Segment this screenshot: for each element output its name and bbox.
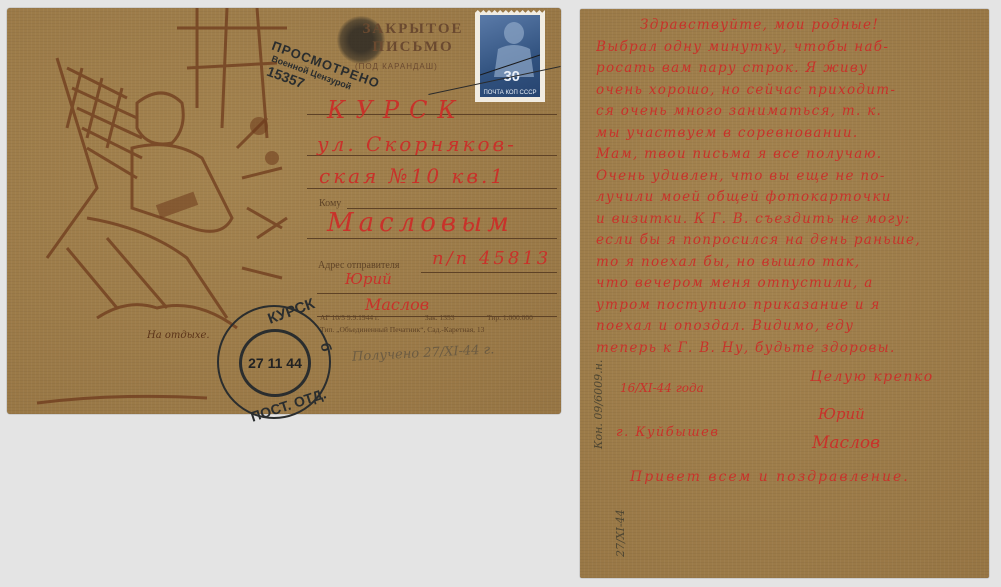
- letter-line: мы участвуем в соревновании.: [596, 125, 979, 141]
- letter-line: Выбрал одну минутку, чтобы наб-: [596, 39, 979, 55]
- sender-name-2: Маслов: [365, 295, 429, 314]
- postmark-letter: б: [318, 341, 335, 352]
- letter-line: Очень удивлен, что вы еще не по-: [596, 168, 979, 184]
- postmark-date: 27 11 44: [248, 355, 302, 371]
- form-title-line1: ЗАКРЫТОЕ: [353, 20, 473, 38]
- recipient-name: Масловым: [327, 208, 514, 238]
- letter-line: утром поступило приказание и я: [596, 297, 979, 313]
- address-line-3: [307, 188, 557, 189]
- postmark-date-ring: 27 11 44: [239, 329, 311, 397]
- sender-address: п/п 45813: [432, 248, 551, 269]
- letter-line: Мам, твои письма я все получаю.: [596, 146, 979, 162]
- postage-stamp: 30 ПОЧТА КОП СССР: [475, 10, 545, 102]
- address-city: КУРСК: [327, 96, 466, 124]
- address-street-1: ул. Скорняков-: [317, 132, 517, 156]
- imprint-line-2: Тип. „Объединенный Печатник“, Сад.-Карет…: [320, 325, 484, 334]
- postmark: КУРСК 27 11 44 б ПОСТ. ОТД.: [217, 305, 331, 419]
- letter-closing: Целую крепко: [810, 369, 934, 385]
- form-subtitle: (ПОД КАРАНДАШ): [355, 62, 438, 71]
- signature-last-name: Маслов: [812, 433, 880, 453]
- stamp-text: ПОЧТА КОП СССР: [482, 90, 538, 96]
- form-title: ЗАКРЫТОЕ ПИСЬМО: [353, 20, 473, 56]
- postcard-back: Здравствуйте, мои родные!Выбрал одну мин…: [580, 9, 989, 578]
- imprint-run: Тир. 1.000.000: [487, 313, 533, 322]
- letter-line: если бы я попросился на день раньше,: [596, 232, 979, 248]
- letter-postscript: Привет всем и поздравление.: [630, 469, 910, 485]
- pencil-side-note-2: 27/XI-44: [614, 509, 627, 557]
- sender-name-1: Юрий: [345, 270, 392, 288]
- stamp-pilot-image: 30 ПОЧТА КОП СССР: [480, 15, 540, 97]
- letter-date: 16/XI-44 года: [620, 381, 704, 395]
- imprint-line-1: АГ 10/5 9.9.1944 г.: [320, 313, 379, 322]
- letter-line: ся очень много заниматься, т. к.: [596, 103, 979, 119]
- recipient-line: [307, 238, 557, 239]
- illustration-caption: На отдыхе.: [147, 330, 210, 341]
- letter-line: поехал и опоздал. Видимо, еду: [596, 318, 979, 334]
- sender-line-1: [421, 272, 557, 273]
- form-title-line2: ПИСЬМО: [353, 38, 473, 56]
- letter-line: Здравствуйте, мои родные!: [640, 17, 979, 33]
- pencil-side-note-1: Кон. 09/6009.н.: [592, 360, 605, 449]
- letter-line: то я поехал бы, но вышло так,: [596, 254, 979, 270]
- letter-place: г. Куйбышев: [616, 425, 719, 440]
- signature-first-name: Юрий: [818, 405, 865, 423]
- letter-line: что вечером меня отпустили, а: [596, 275, 979, 291]
- letter-line: и визитки. К Г. В. съездить не могу:: [596, 211, 979, 227]
- letter-line: лучили моей общей фотокарточки: [596, 189, 979, 205]
- letter-line: теперь к Г. В. Ну, будьте здоровы.: [596, 340, 979, 356]
- imprint-order: Зак. 1353: [425, 313, 454, 322]
- pencil-received-note: Получено 27/XI-44 г.: [352, 342, 495, 364]
- address-street-2: ская №10 кв.1: [319, 164, 506, 188]
- letter-line: очень хорошо, но сейчас приходит-: [596, 82, 979, 98]
- sender-line-2: [317, 293, 557, 294]
- letter-line: росать вам пару строк. Я живу: [596, 60, 979, 76]
- postcard-front: На отдыхе. ЗАКРЫТОЕ ПИСЬМО (ПОД КАРАНДАШ…: [7, 8, 561, 414]
